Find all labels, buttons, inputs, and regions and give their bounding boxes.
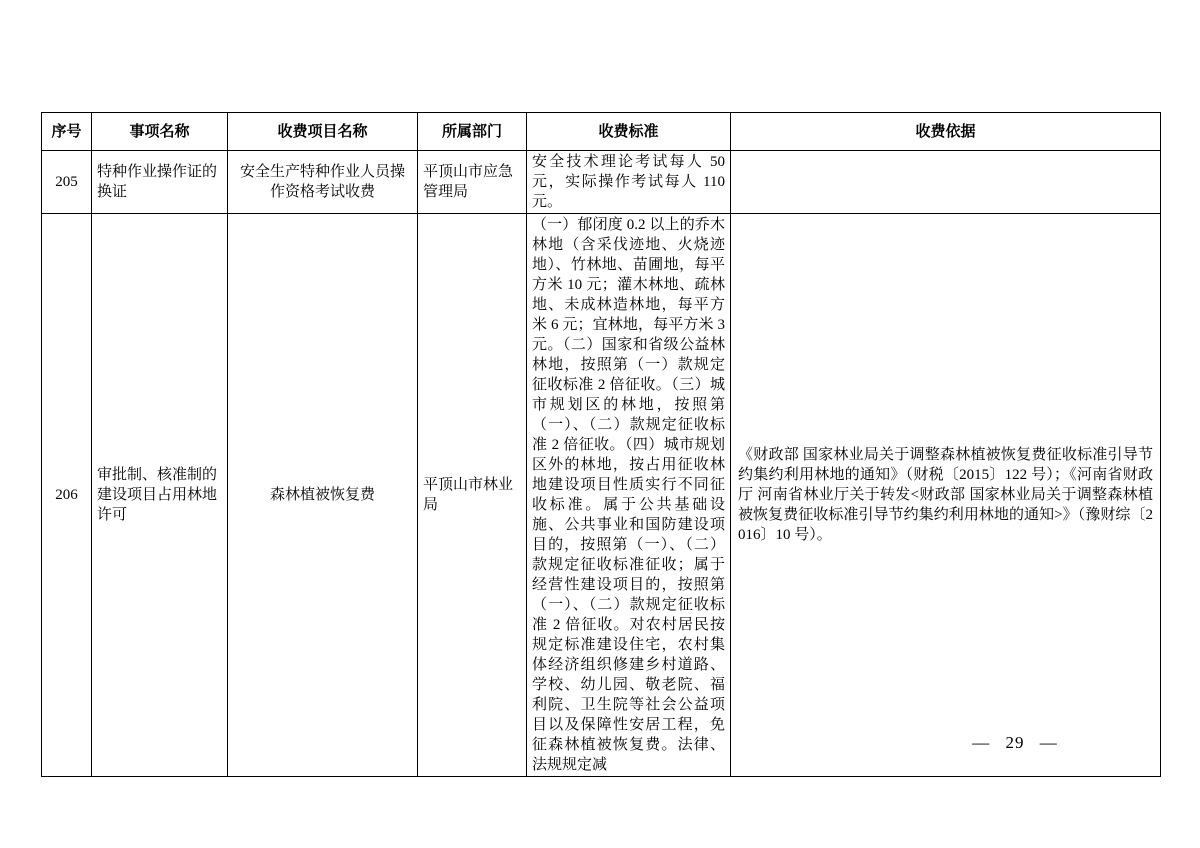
cell-fee-project: 安全生产特种作业人员操作资格考试收费 (228, 151, 418, 214)
cell-department: 平顶山市林业局 (418, 214, 527, 777)
header-item-name: 事项名称 (92, 113, 228, 151)
fee-schedule-table: 序号 事项名称 收费项目名称 所属部门 收费标准 收费依据 205 特种作业操作… (41, 112, 1161, 777)
page-number: — 29 — (930, 733, 1100, 753)
header-department: 所属部门 (418, 113, 527, 151)
header-fee-project: 收费项目名称 (228, 113, 418, 151)
cell-fee-basis: 《财政部 国家林业局关于调整森林植被恢复费征收标准引导节约集约利用林地的通知》（… (731, 214, 1161, 777)
cell-fee-project: 森林植被恢复费 (228, 214, 418, 777)
header-fee-standard: 收费标准 (527, 113, 731, 151)
cell-fee-standard: （一）郁闭度 0.2 以上的乔木林地（含采伐迹地、火烧迹地）、竹林地、苗圃地，每… (527, 214, 731, 777)
document-page: 序号 事项名称 收费项目名称 所属部门 收费标准 收费依据 205 特种作业操作… (0, 0, 1200, 848)
header-fee-basis: 收费依据 (731, 113, 1161, 151)
cell-department: 平顶山市应急管理局 (418, 151, 527, 214)
table-row: 205 特种作业操作证的换证 安全生产特种作业人员操作资格考试收费 平顶山市应急… (42, 151, 1161, 214)
header-seq: 序号 (42, 113, 92, 151)
cell-fee-standard: 安全技术理论考试每人 50 元，实际操作考试每人 110 元。 (527, 151, 731, 214)
cell-fee-basis (731, 151, 1161, 214)
cell-item-name: 特种作业操作证的换证 (92, 151, 228, 214)
table-row: 206 审批制、核准制的建设项目占用林地许可 森林植被恢复费 平顶山市林业局 （… (42, 214, 1161, 777)
cell-seq: 206 (42, 214, 92, 777)
cell-item-name: 审批制、核准制的建设项目占用林地许可 (92, 214, 228, 777)
cell-seq: 205 (42, 151, 92, 214)
table-header-row: 序号 事项名称 收费项目名称 所属部门 收费标准 收费依据 (42, 113, 1161, 151)
